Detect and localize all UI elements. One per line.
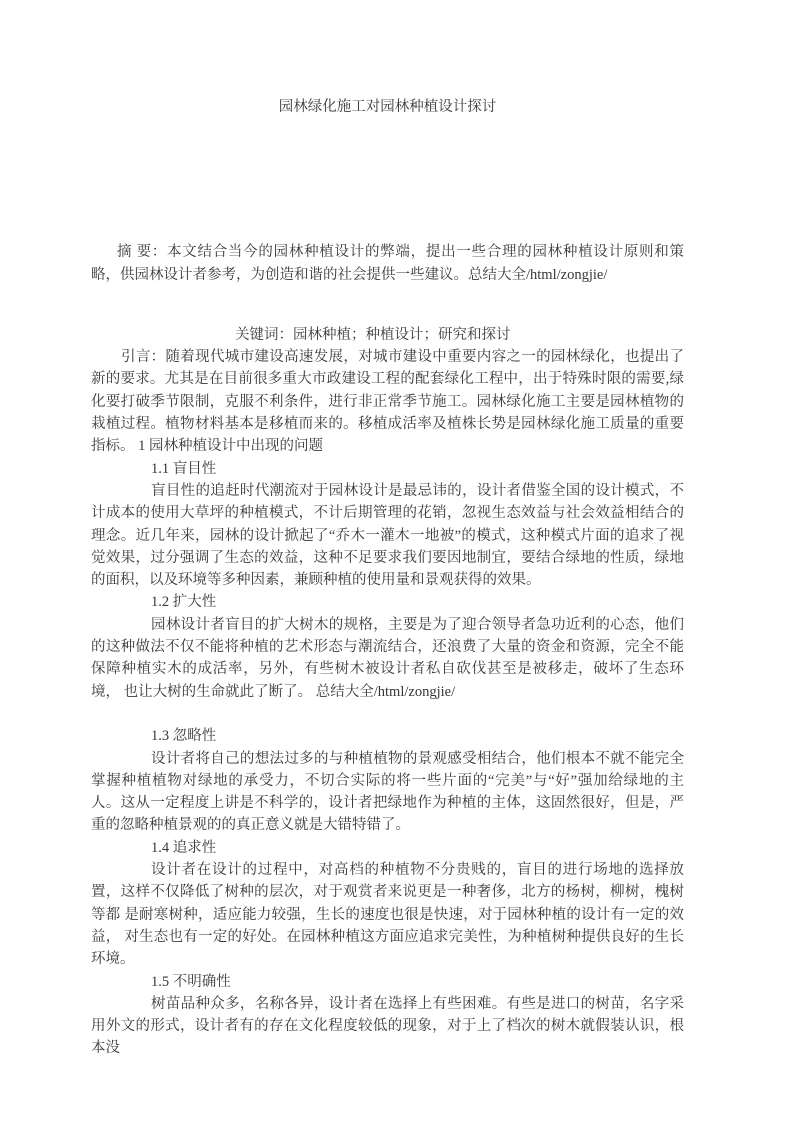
section-1-2: 1.2 扩大性 园林设计者盲目的扩大树木的规格，主要是为了迎合领导者急功近利的心… [91,591,684,702]
section-1-2-body: 园林设计者盲目的扩大树木的规格，主要是为了迎合领导者急功近利的心态，他们 的这种… [91,614,684,703]
section-1-3-body: 设计者将自己的想法过多的与种植植物的景观感受相结合，他们根本不就不能完全 掌握种… [91,748,684,837]
introduction-paragraph: 引言：随着现代城市建设高速发展，对城市建设中重要内容之一的园林绿化，也提出了新的… [91,346,684,457]
section-1-4-body: 设计者在设计的过程中，对高档的种植物不分贵贱的，盲目的进行场地的选择放置，这样不… [91,859,684,970]
document-page: 园林绿化施工对园林种植设计探讨 摘 要：本文结合当今的园林种植设计的弊端，提出一… [0,0,800,1132]
section-1-1-heading: 1.1 盲目性 [91,458,684,480]
section-1-3-heading: 1.3 忽略性 [91,725,684,747]
section-1-2-heading: 1.2 扩大性 [91,591,684,613]
section-1-3: 1.3 忽略性 设计者将自己的想法过多的与种植植物的景观感受相结合，他们根本不就… [91,725,684,836]
document-title: 园林绿化施工对园林种植设计探讨 [91,96,684,118]
keywords-line: 关键词：园林种植；种植设计；研究和探讨 [91,324,684,346]
section-1-4: 1.4 追求性 设计者在设计的过程中，对高档的种植物不分贵贱的，盲目的进行场地的… [91,837,684,971]
section-1-1: 1.1 盲目性 盲目性的追赶时代潮流对于园林设计是最忌讳的，设计者借鉴全国的设计… [91,458,684,592]
section-1-5-body: 树苗品种众多，名称各异，设计者在选择上有些困难。有些是进口的树苗，名字采 用外文… [91,993,684,1060]
section-1-1-body: 盲目性的追赶时代潮流对于园林设计是最忌讳的，设计者借鉴全国的设计模式，不 计成本… [91,480,684,591]
abstract-paragraph: 摘 要：本文结合当今的园林种植设计的弊端，提出一些合理的园林种植设计原则和策略，… [91,241,684,286]
section-1-5-heading: 1.5 不明确性 [91,971,684,993]
section-1-4-heading: 1.4 追求性 [91,837,684,859]
section-1-5: 1.5 不明确性 树苗品种众多，名称各异，设计者在选择上有些困难。有些是进口的树… [91,971,684,1060]
